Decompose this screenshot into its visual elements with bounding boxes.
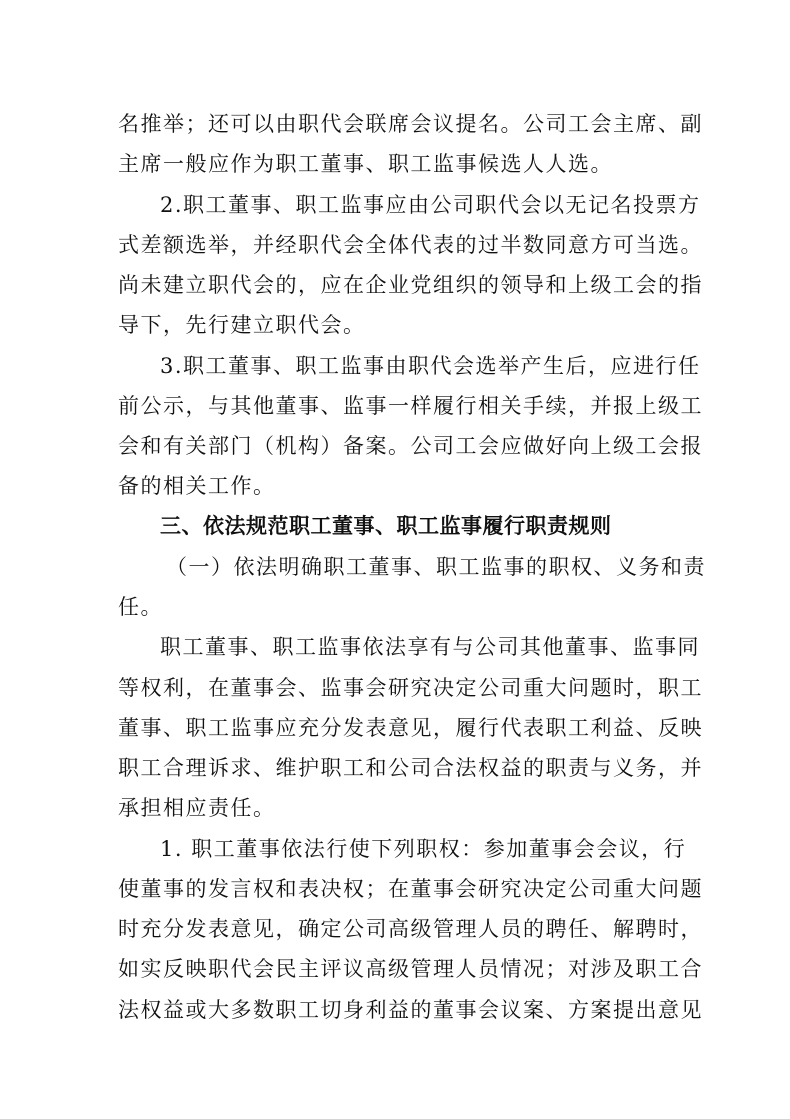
text-line: 董事、职工监事应充分发表意见，履行代表职工利益、反映 bbox=[118, 716, 678, 740]
text-line: 承担相应责任。 bbox=[118, 796, 678, 820]
document-page: 名推举；还可以由职代会联席会议提名。公司工会主席、副 主席一般应作为职工董事、职… bbox=[0, 0, 790, 1119]
paragraph-2-start: 2.职工董事、职工监事应由公司职代会以无记名投票方 bbox=[160, 193, 678, 217]
text-line: 主席一般应作为职工董事、职工监事候选人人选。 bbox=[118, 152, 678, 176]
text-line: 如实反映职代会民主评议高级管理人员情况；对涉及职工合 bbox=[118, 957, 678, 981]
text-line: 备的相关工作。 bbox=[118, 474, 678, 498]
text-line: 等权利，在董事会、监事会研究决定公司重大问题时，职工 bbox=[118, 676, 678, 700]
text-line: 任。 bbox=[118, 595, 678, 619]
text-line: 导下，先行建立职代会。 bbox=[118, 313, 678, 337]
text-line: 名推举；还可以由职代会联席会议提名。公司工会主席、副 bbox=[118, 112, 678, 136]
subsection-heading: （一）依法明确职工董事、职工监事的职权、义务和责 bbox=[166, 555, 726, 579]
text-line: 尚未建立职代会的，应在企业党组织的领导和上级工会的指 bbox=[118, 273, 678, 297]
text-line: 职工合理诉求、维护职工和公司合法权益的职责与义务，并 bbox=[118, 756, 678, 780]
text-line: 会和有关部门（机构）备案。公司工会应做好向上级工会报 bbox=[118, 434, 678, 458]
paragraph-3-start: 3.职工董事、职工监事由职代会选举产生后，应进行任 bbox=[160, 354, 678, 378]
section-heading: 三、依法规范职工董事、职工监事履行职责规则 bbox=[160, 514, 678, 538]
text-line: 前公示，与其他董事、监事一样履行相关手续，并报上级工 bbox=[118, 394, 678, 418]
paragraph-start: 职工董事、职工监事依法享有与公司其他董事、监事同 bbox=[160, 635, 678, 659]
text-line: 时充分发表意见，确定公司高级管理人员的聘任、解聘时， bbox=[118, 917, 678, 941]
text-line: 法权益或大多数职工切身利益的董事会议案、方案提出意见 bbox=[118, 998, 678, 1022]
text-line: 使董事的发言权和表决权；在董事会研究决定公司重大问题 bbox=[118, 877, 678, 901]
list-item-1-start: 1. 职工董事依法行使下列职权：参加董事会会议，行 bbox=[160, 837, 678, 861]
text-line: 式差额选举，并经职代会全体代表的过半数同意方可当选。 bbox=[118, 233, 678, 257]
